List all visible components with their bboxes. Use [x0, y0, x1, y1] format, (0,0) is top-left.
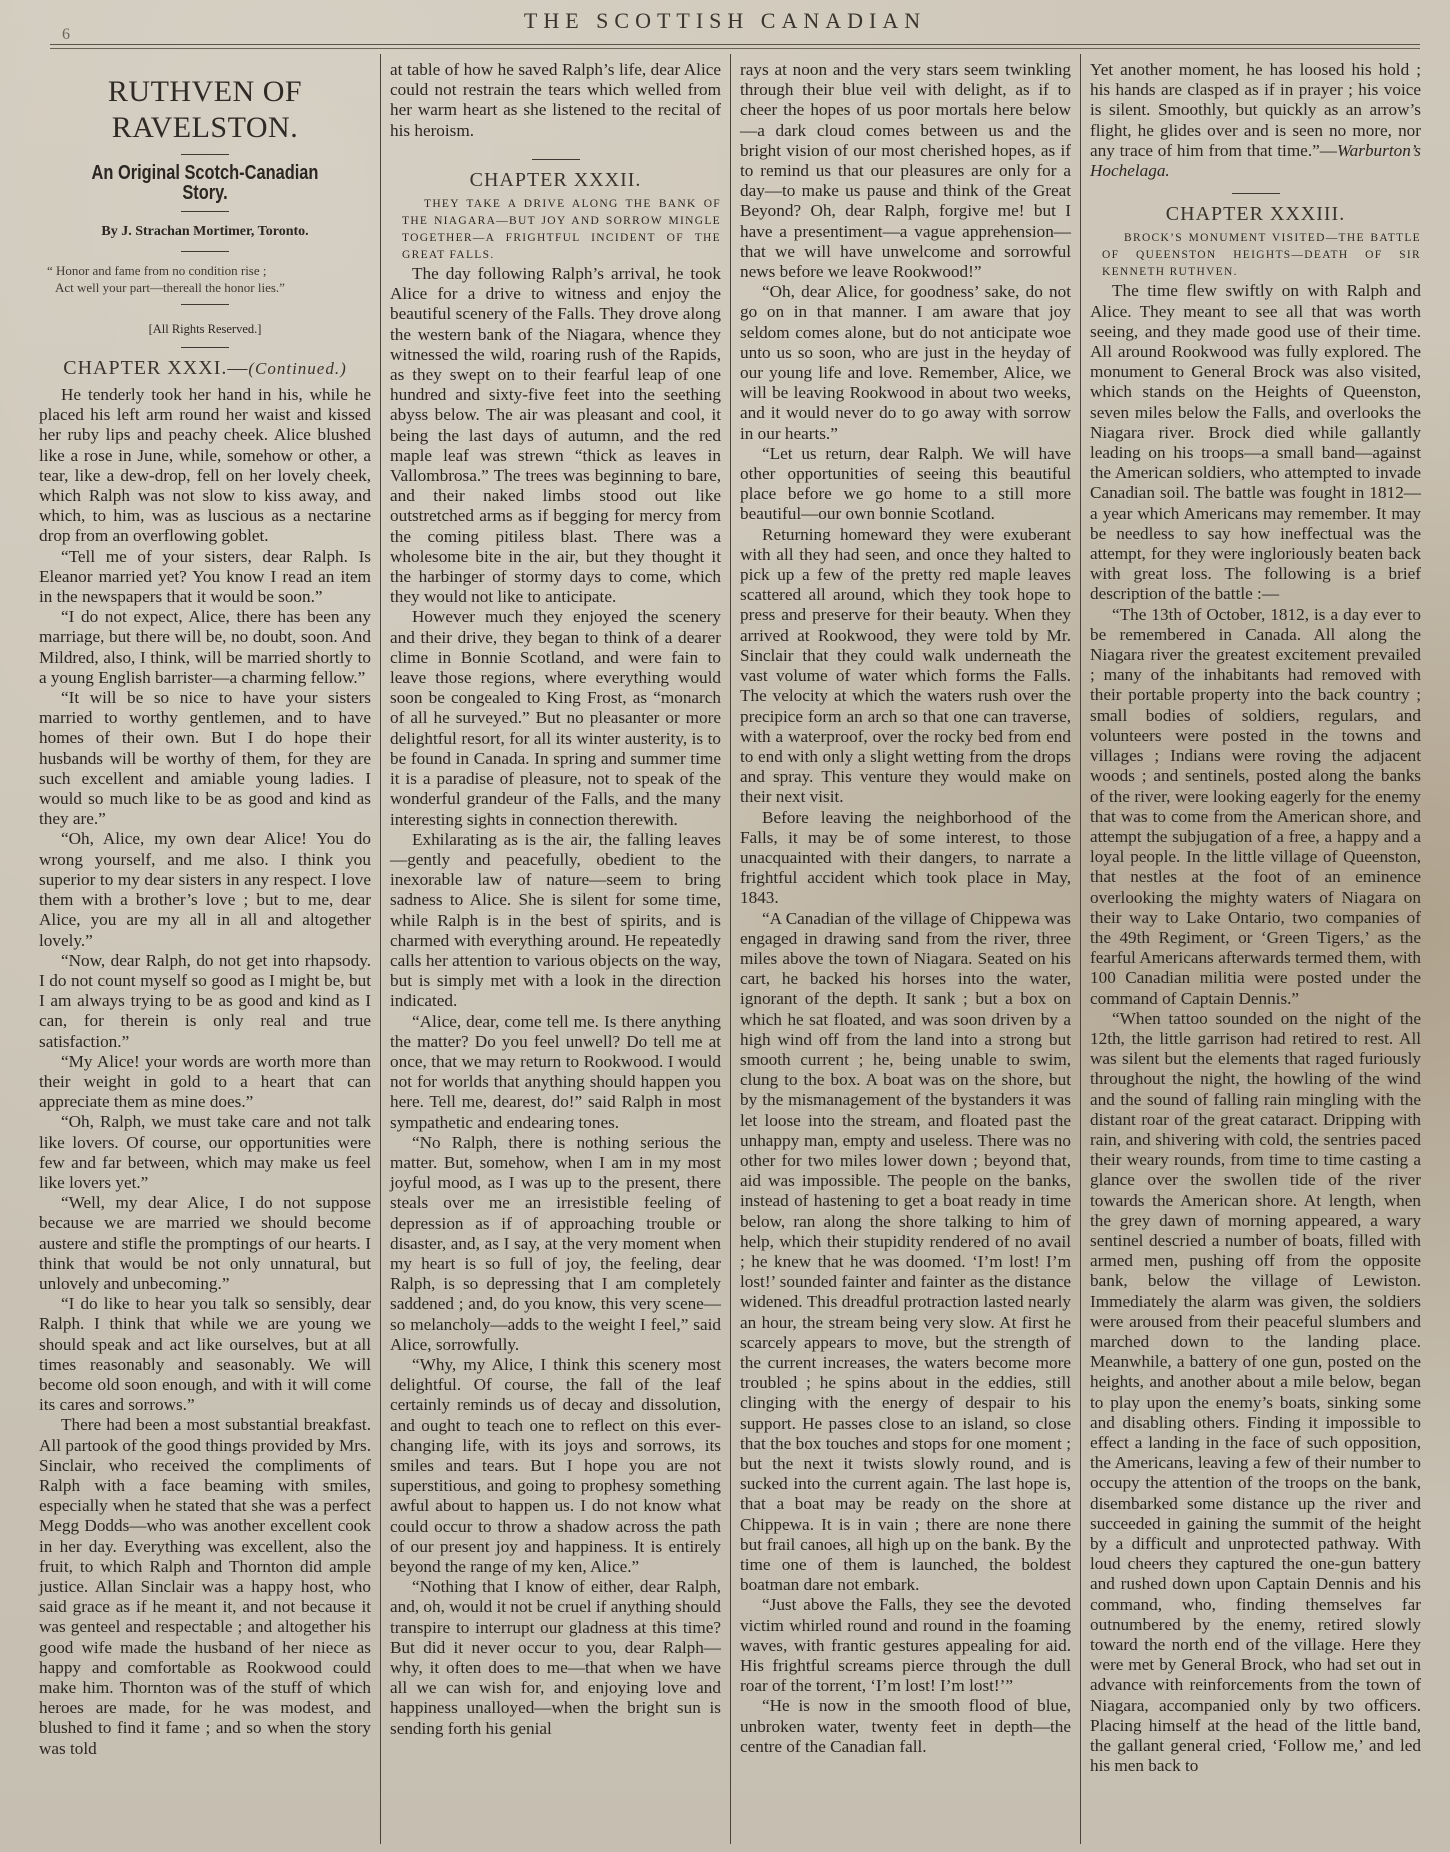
- chapter-31-title: CHAPTER XXXI.—: [63, 357, 248, 379]
- motto-line-1: “ Honor and fame from no condition rise …: [47, 262, 371, 279]
- divider: [181, 347, 229, 348]
- paragraph: “I do not expect, Alice, there has been …: [39, 607, 371, 688]
- paragraph: “No Ralph, there is nothing serious the …: [390, 1133, 721, 1355]
- paragraph: Before leaving the neighborhood of the F…: [740, 808, 1071, 909]
- paragraph: “Oh, Ralph, we must take care and not ta…: [39, 1112, 371, 1193]
- chapter-32-heading: CHAPTER XXXII.: [390, 170, 721, 190]
- paragraph: “It will be so nice to have your sisters…: [39, 688, 371, 829]
- masthead-rule: [50, 44, 1420, 45]
- paragraph: The day following Ralph’s arrival, he to…: [390, 264, 721, 607]
- paragraph: “He is now in the smooth flood of blue, …: [740, 1696, 1071, 1757]
- paragraph: “My Alice! your words are worth more tha…: [39, 1052, 371, 1113]
- paragraph: “Now, dear Ralph, do not get into rhapso…: [39, 951, 371, 1052]
- paragraph: “Let us return, dear Ralph. We will have…: [740, 444, 1071, 525]
- rights-notice: [All Rights Reserved.]: [39, 319, 371, 339]
- paragraph: “Oh, Alice, my own dear Alice! You do wr…: [39, 829, 371, 950]
- paragraph-continuation: at table of how he saved Ralph’s life, d…: [390, 60, 721, 141]
- column-3: rays at noon and the very stars seem twi…: [730, 54, 1080, 1844]
- divider: [181, 211, 229, 212]
- paragraph: “Just above the Falls, they see the devo…: [740, 1595, 1071, 1696]
- divider: [181, 251, 229, 252]
- column-2: at table of how he saved Ralph’s life, d…: [380, 54, 730, 1844]
- newspaper-page: 6 THE SCOTTISH CANADIAN RUTHVEN OF RAVEL…: [0, 0, 1450, 1852]
- newspaper-name: THE SCOTTISH CANADIAN: [0, 8, 1450, 34]
- continued-label: (Continued.): [248, 359, 346, 378]
- paragraph: The time flew swiftly on with Ralph and …: [1090, 281, 1421, 604]
- paragraph: However much they enjoyed the scenery an…: [390, 607, 721, 829]
- motto-line-2: Act well your part—thereall the honor li…: [47, 279, 371, 296]
- byline: By J. Strachan Mortimer, Toronto.: [39, 222, 371, 242]
- masthead-rule-secondary: [50, 48, 1420, 49]
- paragraph: “Alice, dear, come tell me. Is there any…: [390, 1012, 721, 1133]
- paragraph-continuation: rays at noon and the very stars seem twi…: [740, 60, 1071, 282]
- paragraph: There had been a most substantial breakf…: [39, 1415, 371, 1758]
- paragraph: “Why, my Alice, I think this scenery mos…: [390, 1355, 721, 1577]
- paragraph: “I do like to hear you talk so sensibly,…: [39, 1294, 371, 1415]
- paragraph: “A Canadian of the village of Chippewa w…: [740, 909, 1071, 1596]
- article-columns: RUTHVEN OF RAVELSTON. An Original Scotch…: [30, 54, 1430, 1844]
- column-1: RUTHVEN OF RAVELSTON. An Original Scotch…: [30, 54, 380, 1844]
- paragraph: “The 13th of October, 1812, is a day eve…: [1090, 605, 1421, 1009]
- chapter-32-synopsis: THEY TAKE A DRIVE ALONG THE BANK OF THE …: [390, 196, 721, 264]
- chapter-33-synopsis: BROCK’S MONUMENT VISITED—THE BATTLE OF Q…: [1090, 230, 1421, 281]
- paragraph: Returning homeward they were exuberant w…: [740, 525, 1071, 808]
- paragraph: “Tell me of your sisters, dear Ralph. Is…: [39, 547, 371, 608]
- paragraph: “Well, my dear Alice, I do not suppose b…: [39, 1193, 371, 1294]
- story-subtitle: An Original Scotch-Canadian Story.: [69, 163, 341, 203]
- masthead: 6 THE SCOTTISH CANADIAN: [0, 0, 1450, 52]
- divider: [1232, 193, 1280, 194]
- paragraph: “Nothing that I know of either, dear Ral…: [390, 1577, 721, 1739]
- column-4: Yet another moment, he has loosed his ho…: [1080, 54, 1430, 1844]
- story-title: RUTHVEN OF RAVELSTON.: [39, 74, 371, 146]
- paragraph: He tenderly took her hand in his, while …: [39, 385, 371, 547]
- chapter-31-heading: CHAPTER XXXI.—(Continued.): [39, 358, 371, 379]
- motto: “ Honor and fame from no condition rise …: [47, 262, 371, 296]
- paragraph: “Oh, dear Alice, for goodness’ sake, do …: [740, 282, 1071, 444]
- divider: [181, 304, 229, 305]
- divider: [532, 159, 580, 160]
- paragraph-continuation: Yet another moment, he has loosed his ho…: [1090, 60, 1421, 181]
- paragraph: “When tattoo sounded on the night of the…: [1090, 1009, 1421, 1777]
- divider: [181, 154, 229, 155]
- chapter-33-heading: CHAPTER XXXIII.: [1090, 204, 1421, 224]
- paragraph: Exhilarating as is the air, the falling …: [390, 830, 721, 1012]
